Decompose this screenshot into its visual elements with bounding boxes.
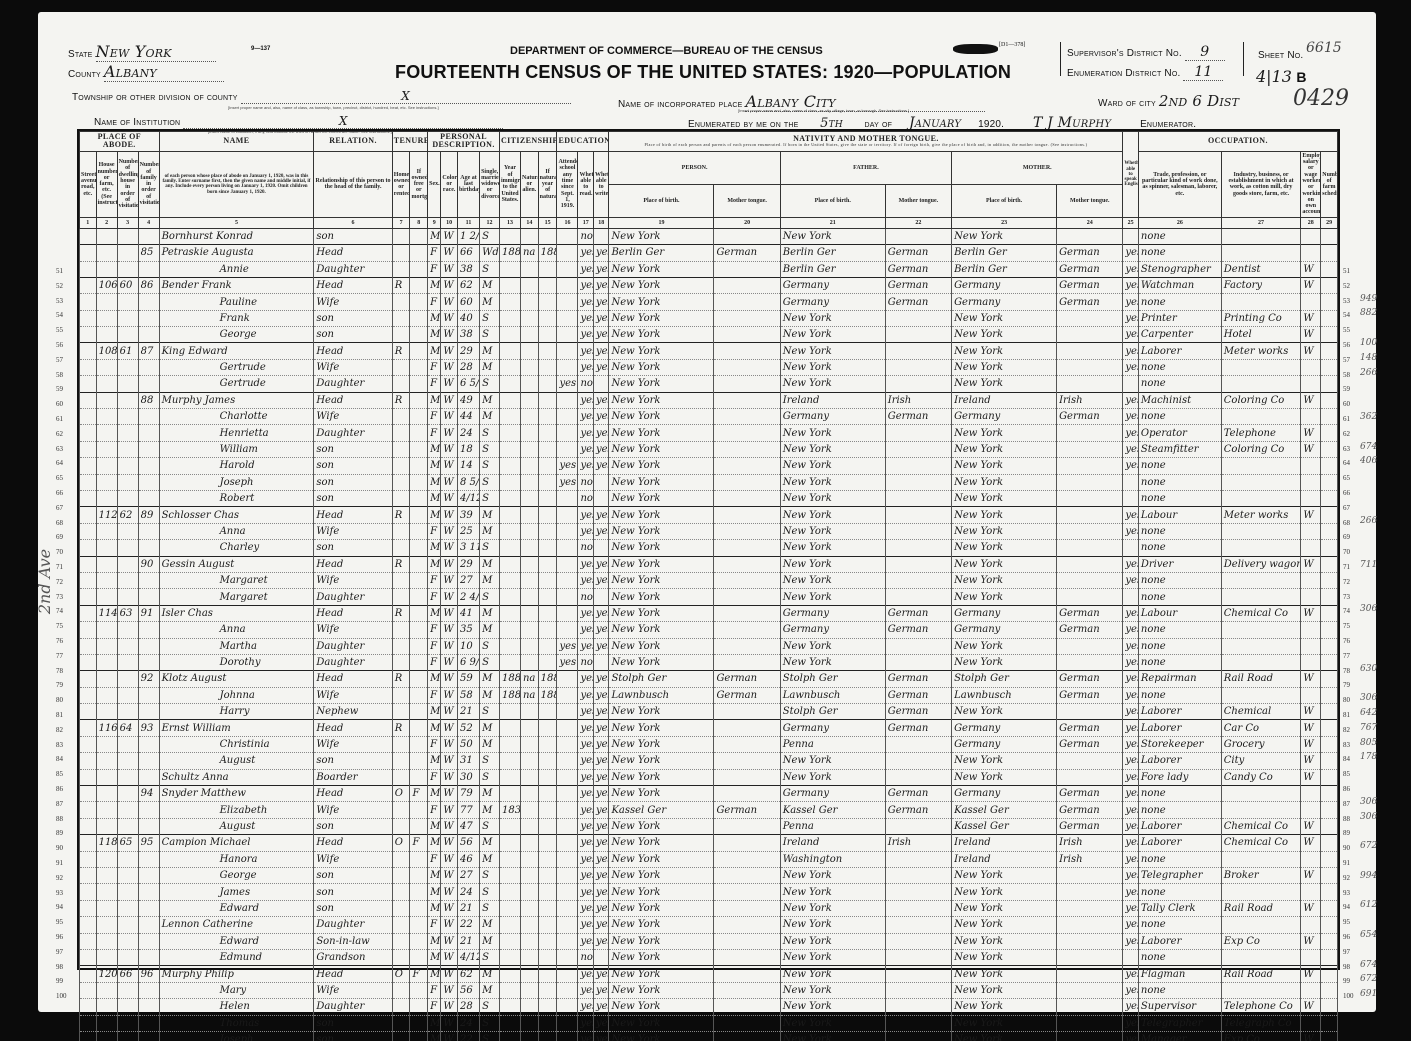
cell-nat — [520, 753, 538, 769]
cell-read: yes — [578, 671, 593, 687]
cell-farm — [1321, 867, 1338, 883]
cell-nat — [520, 458, 538, 474]
margin-code: 148 — [1360, 353, 1377, 363]
cell-dwelling — [117, 786, 138, 802]
cell-f_tongue — [885, 376, 951, 392]
cell-owned — [392, 294, 410, 310]
cell-street — [80, 736, 97, 752]
cell-read: yes — [578, 802, 593, 818]
cell-occupation: Carpenter — [1138, 327, 1221, 343]
cell-tongue — [714, 1031, 780, 1041]
cell-nat — [520, 1015, 538, 1031]
cell-name: Ernst William — [159, 720, 314, 736]
cell-name: Harold — [159, 458, 314, 474]
column-number: 12 — [480, 217, 500, 228]
cell-marital: S — [480, 999, 500, 1015]
cell-relation: Daughter — [314, 654, 392, 670]
cell-immig — [499, 491, 520, 507]
cell-owned — [392, 769, 410, 785]
cell-english: yes — [1123, 851, 1138, 867]
cell-f_pob: New York — [780, 884, 885, 900]
cell-family: 95 — [138, 835, 159, 851]
cell-industry — [1221, 228, 1301, 244]
cell-mort — [410, 392, 428, 408]
column-number: 26 — [1138, 217, 1221, 228]
cell-marital: S — [480, 491, 500, 507]
cell-owned — [392, 474, 410, 490]
line-number-right: 77 — [1343, 652, 1350, 660]
cell-english: yes — [1123, 441, 1138, 457]
cell-age: 4/12 — [457, 491, 479, 507]
cell-f_pob: New York — [780, 556, 885, 572]
cell-nat — [520, 589, 538, 605]
cell-name: Anna — [159, 523, 314, 539]
cell-name: Edward — [159, 900, 314, 916]
cell-dwelling: 60 — [117, 277, 138, 293]
cell-owned — [392, 409, 410, 425]
county-label: County — [68, 69, 101, 80]
cell-read: yes — [578, 917, 593, 933]
cell-tongue — [714, 589, 780, 605]
column-number: 21 — [780, 217, 885, 228]
cell-dwelling — [117, 949, 138, 965]
cell-family — [138, 884, 159, 900]
column-number: 25 — [1123, 217, 1138, 228]
cell-school — [557, 851, 578, 867]
cell-name: Robert — [159, 491, 314, 507]
group-header-education: EDUCATION. — [557, 132, 609, 152]
cell-house — [96, 425, 117, 441]
cell-sex: F — [428, 687, 441, 703]
line-number: 61 — [56, 415, 63, 423]
cell-marital: M — [480, 966, 500, 982]
cell-sex: M — [428, 1015, 441, 1031]
cell-m_pob: Ireland — [952, 392, 1057, 408]
cell-pob: New York — [609, 867, 714, 883]
cell-sex: M — [428, 556, 441, 572]
cell-house — [96, 376, 117, 392]
cell-age: 24 — [457, 425, 479, 441]
cell-mort — [410, 458, 428, 474]
cell-m_tongue: Irish — [1057, 835, 1123, 851]
cell-tongue — [714, 605, 780, 621]
col-header-race: Color or race. — [441, 151, 458, 217]
column-number: 28 — [1301, 217, 1321, 228]
cell-relation: Head — [314, 605, 392, 621]
cell-farm — [1321, 261, 1338, 277]
cell-nat — [520, 605, 538, 621]
cell-employ: W — [1301, 753, 1321, 769]
cell-f_pob: Germany — [780, 294, 885, 310]
cell-marital: M — [480, 736, 500, 752]
cell-occupation: none — [1138, 949, 1221, 965]
cell-family: 86 — [138, 277, 159, 293]
cell-relation: Daughter — [314, 261, 392, 277]
cell-relation: Wife — [314, 687, 392, 703]
column-number: 19 — [609, 217, 714, 228]
cell-natyear — [538, 720, 557, 736]
cell-street — [80, 999, 97, 1015]
cell-write: yes — [593, 458, 609, 474]
cell-age: 29 — [457, 556, 479, 572]
state-value: New York — [96, 42, 216, 62]
cell-m_tongue — [1057, 933, 1123, 949]
cell-school — [557, 589, 578, 605]
cell-m_tongue — [1057, 474, 1123, 490]
cell-relation: Wife — [314, 572, 392, 588]
cell-m_tongue — [1057, 917, 1123, 933]
table-row: EdwardsonMW21SyesyesNew YorkNew YorkNew … — [80, 900, 1338, 916]
cell-name: Anna — [159, 622, 314, 638]
cell-dwelling — [117, 982, 138, 998]
cell-tongue — [714, 327, 780, 343]
cell-relation: Head — [314, 835, 392, 851]
cell-write: yes — [593, 327, 609, 343]
cell-f_pob: Lawnbusch — [780, 687, 885, 703]
cell-farm — [1321, 556, 1338, 572]
cell-immig — [499, 327, 520, 343]
cell-marital: S — [480, 310, 500, 326]
cell-dwelling — [117, 392, 138, 408]
cell-immig — [499, 982, 520, 998]
cell-m_pob: New York — [952, 917, 1057, 933]
cell-f_tongue — [885, 441, 951, 457]
cell-read: yes — [578, 327, 593, 343]
county-value: Albany — [104, 62, 224, 82]
cell-farm — [1321, 245, 1338, 261]
cell-industry — [1221, 786, 1301, 802]
cell-mort — [410, 736, 428, 752]
column-number: 17 — [578, 217, 593, 228]
cell-english: yes — [1123, 359, 1138, 375]
cell-street — [80, 769, 97, 785]
cell-tongue — [714, 835, 780, 851]
cell-marital: M — [480, 605, 500, 621]
cell-street — [80, 1031, 97, 1041]
cell-school: yes — [557, 458, 578, 474]
table-row: MargaretDaughterFW2 4/12SnoNew YorkNew Y… — [80, 589, 1338, 605]
line-number: 88 — [56, 815, 63, 823]
cell-m_pob: New York — [952, 966, 1057, 982]
cell-natyear — [538, 1015, 557, 1031]
cell-house — [96, 949, 117, 965]
cell-relation: son — [314, 900, 392, 916]
cell-farm — [1321, 409, 1338, 425]
cell-relation: Daughter — [314, 638, 392, 654]
cell-family — [138, 638, 159, 654]
cell-dwelling — [117, 933, 138, 949]
cell-name: Margaret — [159, 572, 314, 588]
cell-mort: F — [410, 786, 428, 802]
cell-mort — [410, 949, 428, 965]
stamp-number: 0429 — [1293, 86, 1349, 111]
cell-mort — [410, 376, 428, 392]
cell-age: 21 — [457, 704, 479, 720]
cell-natyear — [538, 458, 557, 474]
cell-school — [557, 933, 578, 949]
cell-english: yes — [1123, 425, 1138, 441]
cell-dwelling — [117, 704, 138, 720]
cell-m_pob: Berlin Ger — [952, 261, 1057, 277]
line-number: 54 — [56, 311, 63, 319]
cell-m_pob: Germany — [952, 605, 1057, 621]
cell-english: yes — [1123, 458, 1138, 474]
column-number-row: 1234567891011121314151617181920212223242… — [80, 217, 1338, 228]
cell-industry — [1221, 294, 1301, 310]
cell-natyear — [538, 851, 557, 867]
cell-school — [557, 736, 578, 752]
cell-m_pob: New York — [952, 867, 1057, 883]
cell-read: yes — [578, 294, 593, 310]
cell-industry: Rail Road — [1221, 900, 1301, 916]
cell-natyear: 1881 — [538, 671, 557, 687]
cell-farm — [1321, 277, 1338, 293]
cell-street — [80, 622, 97, 638]
cell-street — [80, 359, 97, 375]
cell-farm — [1321, 458, 1338, 474]
cell-dwelling — [117, 851, 138, 867]
cell-owned — [392, 523, 410, 539]
cell-mort — [410, 507, 428, 523]
cell-owned — [392, 933, 410, 949]
cell-m_tongue — [1057, 540, 1123, 556]
cell-english: yes — [1123, 900, 1138, 916]
cell-natyear — [538, 622, 557, 638]
cell-street — [80, 277, 97, 293]
cell-f_tongue: Irish — [885, 392, 951, 408]
cell-m_pob: New York — [952, 376, 1057, 392]
cell-occupation: Telegrapher — [1138, 1015, 1221, 1031]
cell-mort — [410, 917, 428, 933]
margin-code: 674 — [1360, 960, 1377, 970]
cell-age: 10 — [457, 638, 479, 654]
cell-english: yes — [1123, 867, 1138, 883]
cell-m_tongue: Irish — [1057, 392, 1123, 408]
cell-natyear — [538, 966, 557, 982]
cell-pob: New York — [609, 900, 714, 916]
column-number: 15 — [538, 217, 557, 228]
line-number: 53 — [56, 297, 63, 305]
cell-relation: Daughter — [314, 917, 392, 933]
cell-industry — [1221, 851, 1301, 867]
cell-occupation: none — [1138, 572, 1221, 588]
cell-employ — [1301, 786, 1321, 802]
margin-code: 406 — [1360, 456, 1377, 466]
cell-dwelling — [117, 917, 138, 933]
cell-english: yes — [1123, 572, 1138, 588]
line-number-right: 79 — [1343, 681, 1350, 689]
col-header-owned: Home owned or rented. — [392, 151, 410, 217]
column-number: 14 — [520, 217, 538, 228]
cell-m_tongue — [1057, 654, 1123, 670]
cell-read: yes — [578, 622, 593, 638]
cell-race: W — [441, 638, 458, 654]
cell-f_pob: Penna — [780, 736, 885, 752]
cell-age: 27 — [457, 572, 479, 588]
cell-occupation: none — [1138, 359, 1221, 375]
cell-employ: W — [1301, 999, 1321, 1015]
cell-owned — [392, 458, 410, 474]
cell-natyear — [538, 704, 557, 720]
cell-name: August — [159, 753, 314, 769]
cell-employ: W — [1301, 704, 1321, 720]
cell-occupation: Laborer — [1138, 818, 1221, 834]
cell-read: yes — [578, 982, 593, 998]
cell-race: W — [441, 327, 458, 343]
cell-name: Frank — [159, 310, 314, 326]
line-number: 76 — [56, 637, 63, 645]
table-row: GeorgesonMW27SyesyesNew YorkNew YorkNew … — [80, 867, 1338, 883]
cell-race: W — [441, 753, 458, 769]
cell-name: Margaret — [159, 589, 314, 605]
cell-immig — [499, 736, 520, 752]
column-number: 1 — [80, 217, 97, 228]
cell-dwelling — [117, 999, 138, 1015]
cell-f_tongue: German — [885, 277, 951, 293]
cell-race: W — [441, 720, 458, 736]
cell-name: King Edward — [159, 343, 314, 359]
cell-employ — [1301, 638, 1321, 654]
cell-pob: New York — [609, 327, 714, 343]
cell-farm — [1321, 917, 1338, 933]
cell-dwelling — [117, 294, 138, 310]
cell-tongue — [714, 261, 780, 277]
cell-write: yes — [593, 425, 609, 441]
cell-f_pob: Germany — [780, 720, 885, 736]
cell-dwelling — [117, 572, 138, 588]
line-number: 96 — [56, 933, 63, 941]
cell-immig — [499, 310, 520, 326]
cell-school — [557, 441, 578, 457]
cell-natyear — [538, 343, 557, 359]
cell-pob: New York — [609, 343, 714, 359]
cell-immig — [499, 704, 520, 720]
cell-industry: City — [1221, 753, 1301, 769]
cell-dwelling — [117, 1031, 138, 1041]
cell-read: yes — [578, 605, 593, 621]
cell-f_pob: New York — [780, 589, 885, 605]
col-header-person-tongue: Mother tongue. — [714, 184, 780, 217]
col-header-sex: Sex. — [428, 151, 441, 217]
cell-immig — [499, 228, 520, 244]
line-number-right: 66 — [1343, 489, 1350, 497]
line-number: 86 — [56, 785, 63, 793]
cell-occupation: Operator — [1138, 425, 1221, 441]
cell-owned — [392, 917, 410, 933]
cell-employ: W — [1301, 720, 1321, 736]
table-row: 1146391Isler ChasHeadRMW41MyesyesNew Yor… — [80, 605, 1338, 621]
cell-pob: New York — [609, 441, 714, 457]
cell-age: 79 — [457, 786, 479, 802]
cell-m_tongue: German — [1057, 736, 1123, 752]
cell-write: yes — [593, 622, 609, 638]
cell-relation: Head — [314, 786, 392, 802]
cell-school: yes — [557, 654, 578, 670]
cell-house — [96, 802, 117, 818]
cell-relation: Head — [314, 556, 392, 572]
table-row: 90Gessin AugustHeadRMW29MyesyesNew YorkN… — [80, 556, 1338, 572]
line-number: 58 — [56, 371, 63, 379]
cell-write — [593, 540, 609, 556]
enumeration-value: 11 — [1183, 64, 1223, 81]
cell-f_pob: New York — [780, 1031, 885, 1041]
cell-english: yes — [1123, 638, 1138, 654]
cell-industry — [1221, 409, 1301, 425]
line-number-right: 73 — [1343, 593, 1350, 601]
township-hint: [Insert proper name and, also, name of c… — [228, 105, 439, 110]
cell-age: 60 — [457, 294, 479, 310]
cell-tongue — [714, 277, 780, 293]
cell-industry: Coloring Co — [1221, 392, 1301, 408]
cell-school — [557, 966, 578, 982]
cell-pob: New York — [609, 851, 714, 867]
cell-school: yes — [557, 474, 578, 490]
cell-marital: M — [480, 359, 500, 375]
cell-nat — [520, 441, 538, 457]
cell-race: W — [441, 294, 458, 310]
cell-employ: W — [1301, 605, 1321, 621]
cell-occupation: Laborer — [1138, 933, 1221, 949]
cell-immig — [499, 884, 520, 900]
cell-f_tongue: German — [885, 786, 951, 802]
cell-dwelling — [117, 769, 138, 785]
cell-immig — [499, 359, 520, 375]
cell-family — [138, 572, 159, 588]
cell-nat — [520, 327, 538, 343]
cell-dwelling — [117, 1015, 138, 1031]
cell-english — [1123, 376, 1138, 392]
cell-employ: W — [1301, 310, 1321, 326]
cell-dwelling: 62 — [117, 507, 138, 523]
cell-relation: son — [314, 1015, 392, 1031]
cell-write: yes — [593, 802, 609, 818]
cell-name: August — [159, 818, 314, 834]
cell-name: Murphy Philip — [159, 966, 314, 982]
cell-english: yes — [1123, 982, 1138, 998]
cell-pob: New York — [609, 753, 714, 769]
cell-relation: son — [314, 327, 392, 343]
cell-employ — [1301, 294, 1321, 310]
column-number: 23 — [952, 217, 1057, 228]
cell-dwelling: 61 — [117, 343, 138, 359]
line-number-right: 81 — [1343, 711, 1350, 719]
cell-f_tongue — [885, 917, 951, 933]
cell-industry — [1221, 638, 1301, 654]
cell-street — [80, 589, 97, 605]
cell-street — [80, 245, 97, 261]
table-row: JosephsonMW8 5/12SyesnoNew YorkNew YorkN… — [80, 474, 1338, 490]
cell-m_tongue — [1057, 343, 1123, 359]
cell-school — [557, 884, 578, 900]
cell-owned — [392, 736, 410, 752]
line-number-right: 67 — [1343, 504, 1350, 512]
table-row: DorothyDaughterFW6 9/12SyesnoNew YorkNew… — [80, 654, 1338, 670]
cell-sex: F — [428, 654, 441, 670]
cell-natyear — [538, 654, 557, 670]
line-number: 73 — [56, 593, 63, 601]
cell-dwelling — [117, 409, 138, 425]
cell-mort — [410, 474, 428, 490]
supervisor-value: 9 — [1185, 44, 1225, 61]
cell-industry: Car Co — [1221, 720, 1301, 736]
cell-industry: Coloring Co — [1221, 441, 1301, 457]
cell-write: yes — [593, 556, 609, 572]
cell-read: yes — [578, 704, 593, 720]
cell-nat — [520, 392, 538, 408]
cell-owned — [392, 687, 410, 703]
cell-marital: M — [480, 277, 500, 293]
cell-farm — [1321, 736, 1338, 752]
